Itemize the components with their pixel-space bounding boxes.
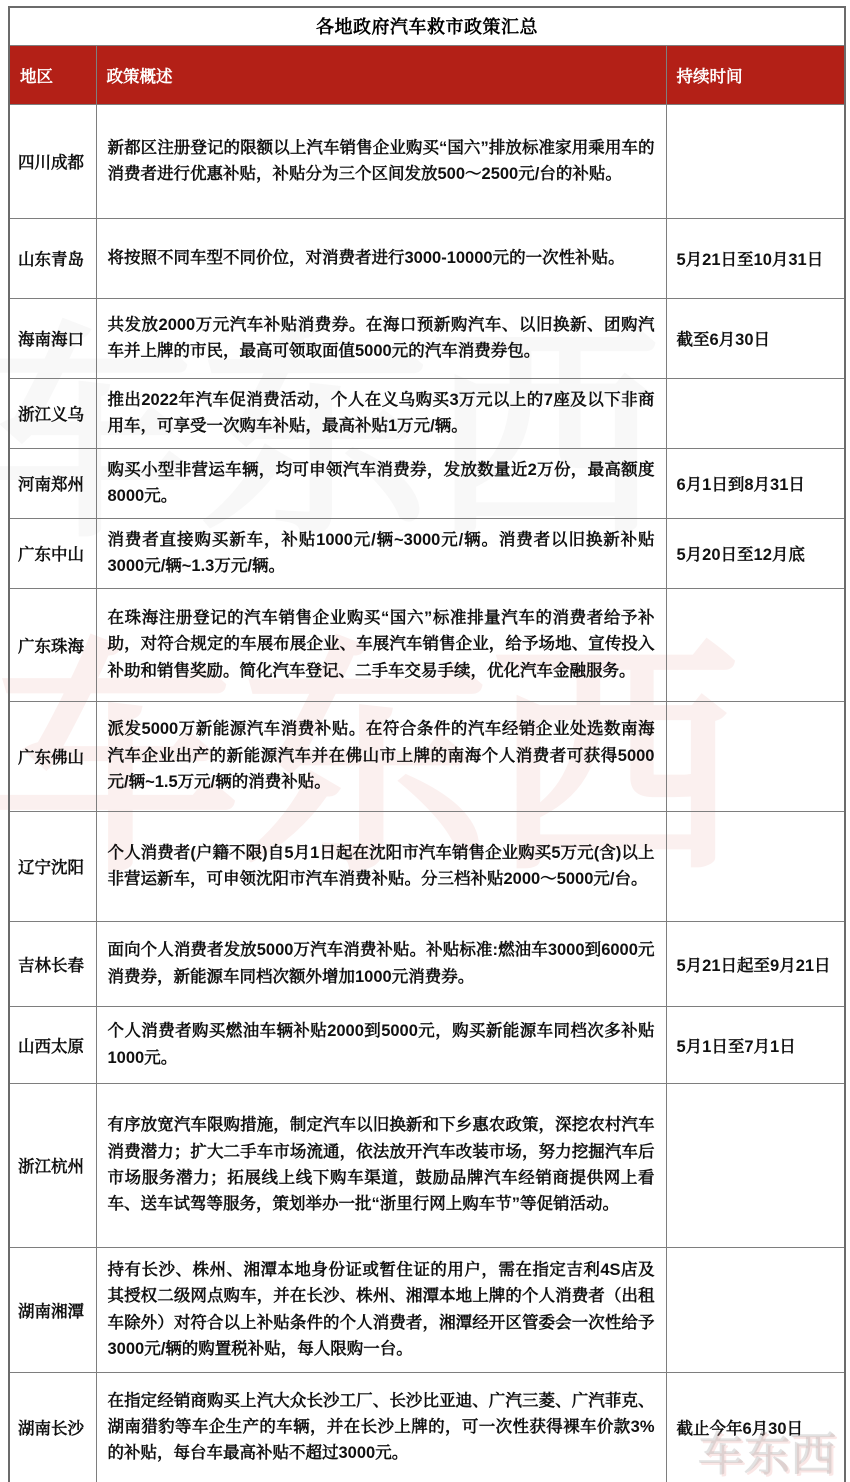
policy-cell: 消费者直接购买新车，补贴1000元/辆~3000元/辆。消费者以旧换新补贴300… bbox=[96, 518, 666, 588]
table-row: 浙江杭州有序放宽汽车限购措施，制定汽车以旧换新和下乡惠农政策，深挖农村汽车消费潜… bbox=[9, 1083, 845, 1247]
region-cell: 四川成都 bbox=[9, 104, 96, 218]
region-cell: 广东中山 bbox=[9, 518, 96, 588]
region-cell: 广东珠海 bbox=[9, 588, 96, 701]
table-row: 四川成都新都区注册登记的限额以上汽车销售企业购买“国六”排放标准家用乘用车的消费… bbox=[9, 104, 845, 218]
policy-cell: 推出2022年汽车促消费活动，个人在义乌购买3万元以上的7座及以下非商用车，可享… bbox=[96, 378, 666, 448]
policy-cell: 个人消费者购买燃油车辆补贴2000到5000元，购买新能源车同档次多补贴1000… bbox=[96, 1006, 666, 1083]
policy-cell: 持有长沙、株州、湘潭本地身份证或暂住证的用户，需在指定吉利4S店及其授权二级网点… bbox=[96, 1247, 666, 1372]
duration-cell: 截止今年6月30日 bbox=[666, 1372, 845, 1482]
column-header-region: 地区 bbox=[9, 45, 96, 104]
duration-cell: 6月1日到8月31日 bbox=[666, 448, 845, 518]
duration-cell bbox=[666, 378, 845, 448]
region-cell: 湖南长沙 bbox=[9, 1372, 96, 1482]
duration-cell bbox=[666, 1247, 845, 1372]
policy-cell: 在珠海注册登记的汽车销售企业购买“国六”标准排量汽车的消费者给予补助，对符合规定… bbox=[96, 588, 666, 701]
policy-cell: 面向个人消费者发放5000万汽车消费补贴。补贴标准:燃油车3000到6000元消… bbox=[96, 921, 666, 1006]
region-cell: 山西太原 bbox=[9, 1006, 96, 1083]
policy-cell: 有序放宽汽车限购措施，制定汽车以旧换新和下乡惠农政策，深挖农村汽车消费潜力；扩大… bbox=[96, 1083, 666, 1247]
table-row: 湖南湘潭持有长沙、株州、湘潭本地身份证或暂住证的用户，需在指定吉利4S店及其授权… bbox=[9, 1247, 845, 1372]
table-row: 山西太原个人消费者购买燃油车辆补贴2000到5000元，购买新能源车同档次多补贴… bbox=[9, 1006, 845, 1083]
region-cell: 山东青岛 bbox=[9, 218, 96, 298]
duration-cell bbox=[666, 588, 845, 701]
policy-cell: 在指定经销商购买上汽大众长沙工厂、长沙比亚迪、广汽三菱、广汽菲克、湖南猎豹等车企… bbox=[96, 1372, 666, 1482]
policy-cell: 购买小型非营运车辆，均可申领汽车消费券，发放数量近2万份，最高额度8000元。 bbox=[96, 448, 666, 518]
region-cell: 广东佛山 bbox=[9, 701, 96, 811]
duration-cell: 5月21日起至9月21日 bbox=[666, 921, 845, 1006]
region-cell: 吉林长春 bbox=[9, 921, 96, 1006]
table-row: 海南海口共发放2000万元汽车补贴消费券。在海口预新购汽车、以旧换新、团购汽车并… bbox=[9, 298, 845, 378]
table-title-row: 各地政府汽车救市政策汇总 bbox=[9, 7, 845, 45]
table-row: 山东青岛将按照不同车型不同价位，对消费者进行3000-10000元的一次性补贴。… bbox=[9, 218, 845, 298]
policy-cell: 共发放2000万元汽车补贴消费券。在海口预新购汽车、以旧换新、团购汽车并上牌的市… bbox=[96, 298, 666, 378]
table-row: 广东中山消费者直接购买新车，补贴1000元/辆~3000元/辆。消费者以旧换新补… bbox=[9, 518, 845, 588]
table-header-row: 地区 政策概述 持续时间 bbox=[9, 45, 845, 104]
region-cell: 河南郑州 bbox=[9, 448, 96, 518]
table-row: 广东珠海在珠海注册登记的汽车销售企业购买“国六”标准排量汽车的消费者给予补助，对… bbox=[9, 588, 845, 701]
duration-cell bbox=[666, 104, 845, 218]
duration-cell bbox=[666, 1083, 845, 1247]
table-row: 河南郑州购买小型非营运车辆，均可申领汽车消费券，发放数量近2万份，最高额度800… bbox=[9, 448, 845, 518]
table-row: 湖南长沙在指定经销商购买上汽大众长沙工厂、长沙比亚迪、广汽三菱、广汽菲克、湖南猎… bbox=[9, 1372, 845, 1482]
region-cell: 辽宁沈阳 bbox=[9, 811, 96, 921]
duration-cell: 5月20日至12月底 bbox=[666, 518, 845, 588]
policy-cell: 个人消费者(户籍不限)自5月1日起在沈阳市汽车销售企业购买5万元(含)以上非营运… bbox=[96, 811, 666, 921]
policy-table-body: 四川成都新都区注册登记的限额以上汽车销售企业购买“国六”排放标准家用乘用车的消费… bbox=[9, 104, 845, 1482]
policy-cell: 派发5000万新能源汽车消费补贴。在符合条件的汽车经销企业处选数南海汽车企业出产… bbox=[96, 701, 666, 811]
duration-cell: 截至6月30日 bbox=[666, 298, 845, 378]
table-row: 广东佛山派发5000万新能源汽车消费补贴。在符合条件的汽车经销企业处选数南海汽车… bbox=[9, 701, 845, 811]
table-row: 浙江义乌推出2022年汽车促消费活动，个人在义乌购买3万元以上的7座及以下非商用… bbox=[9, 378, 845, 448]
duration-cell: 5月1日至7月1日 bbox=[666, 1006, 845, 1083]
region-cell: 浙江杭州 bbox=[9, 1083, 96, 1247]
page: 车东西 车东西 各地政府汽车救市政策汇总 地区 政策概述 持续时间 四川成都新都… bbox=[0, 0, 850, 1482]
duration-cell: 5月21日至10月31日 bbox=[666, 218, 845, 298]
column-header-duration: 持续时间 bbox=[666, 45, 845, 104]
table-row: 吉林长春面向个人消费者发放5000万汽车消费补贴。补贴标准:燃油车3000到60… bbox=[9, 921, 845, 1006]
table-row: 辽宁沈阳个人消费者(户籍不限)自5月1日起在沈阳市汽车销售企业购买5万元(含)以… bbox=[9, 811, 845, 921]
column-header-policy: 政策概述 bbox=[96, 45, 666, 104]
policy-table: 各地政府汽车救市政策汇总 地区 政策概述 持续时间 四川成都新都区注册登记的限额… bbox=[8, 6, 846, 1482]
region-cell: 海南海口 bbox=[9, 298, 96, 378]
region-cell: 浙江义乌 bbox=[9, 378, 96, 448]
page-title: 各地政府汽车救市政策汇总 bbox=[9, 7, 845, 45]
duration-cell bbox=[666, 811, 845, 921]
policy-cell: 将按照不同车型不同价位，对消费者进行3000-10000元的一次性补贴。 bbox=[96, 218, 666, 298]
policy-cell: 新都区注册登记的限额以上汽车销售企业购买“国六”排放标准家用乘用车的消费者进行优… bbox=[96, 104, 666, 218]
duration-cell bbox=[666, 701, 845, 811]
region-cell: 湖南湘潭 bbox=[9, 1247, 96, 1372]
